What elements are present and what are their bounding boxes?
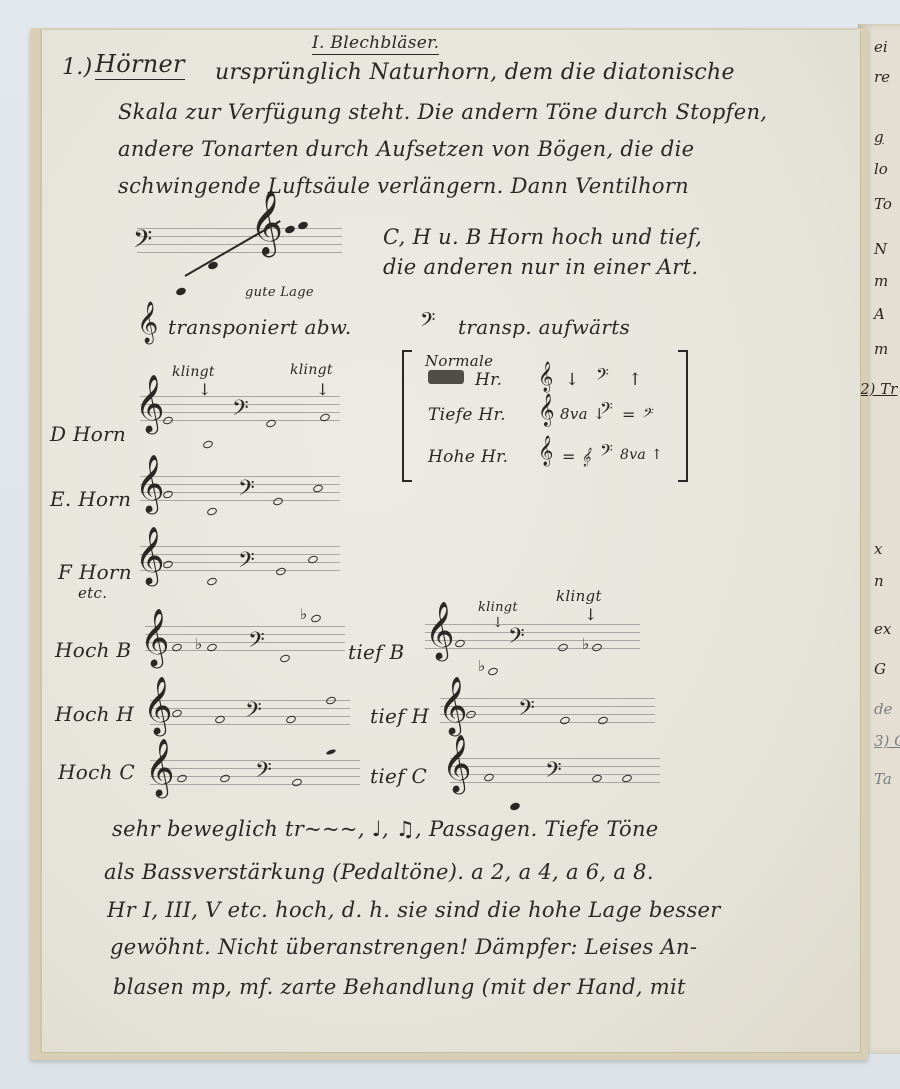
tief-c-label: tief C [370, 764, 427, 788]
treble-clef-icon: 𝄞 [442, 738, 472, 788]
klingt-label: klingt [478, 600, 518, 615]
fragment: ei [874, 38, 888, 56]
horn-label-d: D Horn [50, 422, 126, 446]
horn-label-f: F Horn [58, 560, 132, 584]
bass-clef-icon: 𝄢 [238, 478, 255, 504]
treble-transpose-text: transponiert abw. [168, 315, 352, 339]
bass-clef-icon: 𝄢 [600, 400, 613, 420]
section-number: 1.) [62, 55, 92, 80]
fragment: de [874, 700, 892, 718]
fragment: A [874, 305, 885, 323]
treble-clef-icon: 𝄞 [438, 680, 468, 730]
box-row-3-treble: = 𝄞 [562, 447, 591, 467]
fragment: g [874, 128, 884, 146]
arrow-down-icon: ↓ [584, 607, 597, 623]
box-row-1-label: Hr. [475, 370, 502, 390]
horn-label-hoch-b: Hoch B [55, 638, 131, 662]
treble-clef-icon: 𝄞 [135, 378, 165, 428]
tief-b-label: tief B [348, 640, 405, 664]
treble-clef-icon: 𝄞 [135, 458, 165, 508]
treble-clef-icon: 𝄞 [250, 195, 283, 251]
box-row-2-label: Tiefe Hr. [428, 405, 506, 425]
bass-transpose-text: transp. aufwärts [458, 315, 630, 339]
box-row-2-bass: = 𝄢 [622, 405, 652, 425]
fragment: m [874, 340, 888, 358]
bass-clef-icon: 𝄢 [518, 698, 535, 724]
tief-h-label: tief H [370, 704, 429, 728]
box-row-1-treble: ↓ [565, 370, 580, 390]
range-caption-2: die anderen nur in einer Art. [383, 255, 698, 279]
intro-line-2: Skala zur Verfügung steht. Die andern Tö… [118, 100, 767, 124]
bracket-left [402, 350, 412, 482]
treble-clef-icon: 𝄞 [538, 438, 553, 464]
treble-clef-icon: 𝄞 [135, 530, 165, 580]
treble-clef-icon: 𝄞 [140, 612, 170, 662]
technique-line-2: als Bassverstärkung (Pedaltöne). a 2, a … [104, 860, 654, 884]
horn-label-e: E. Horn [50, 487, 131, 511]
horn-label-etc: etc. [78, 584, 107, 602]
technique-line-5: blasen mp, mf. zarte Behandlung (mit der… [113, 975, 686, 999]
fragment: lo [874, 160, 888, 178]
klingt-label: klingt [556, 587, 602, 605]
bass-clef-icon: 𝄢 [232, 398, 249, 424]
bracket-right [678, 350, 688, 482]
treble-clef-icon: 𝄞 [137, 305, 158, 341]
fragment: G [874, 660, 886, 678]
box-row-3-label: Hohe Hr. [428, 447, 508, 467]
technique-line-4: gewöhnt. Nicht überanstrengen! Dämpfer: … [110, 935, 697, 959]
treble-clef-icon: 𝄞 [538, 396, 555, 424]
flat-icon: ♭ [478, 657, 485, 675]
fragment: To [874, 195, 892, 213]
klingt-label: klingt [290, 362, 333, 378]
section-heading: I. Blechbläser. [312, 33, 439, 55]
fragment: 2) Tr [860, 380, 897, 398]
treble-clef-icon: 𝄞 [143, 680, 173, 730]
good-range-annotation: gute Lage [245, 285, 314, 300]
treble-clef-icon: 𝄞 [145, 742, 175, 792]
bass-clef-icon: 𝄢 [238, 550, 255, 576]
box-row-1-bass: ↑ [628, 370, 643, 390]
fragment: x [874, 540, 882, 558]
flat-icon: ♭ [195, 635, 202, 653]
horn-label-hoch-h: Hoch H [55, 702, 134, 726]
flat-icon: ♭ [582, 635, 589, 653]
fragment: 3) G [874, 732, 900, 750]
bass-clef-icon: 𝄢 [600, 442, 613, 462]
bass-clef-icon: 𝄢 [420, 310, 435, 334]
bass-clef-icon: 𝄢 [255, 760, 272, 786]
bass-clef-icon: 𝄢 [508, 626, 525, 652]
fragment: n [874, 572, 884, 590]
bass-clef-icon: 𝄢 [596, 366, 609, 386]
bass-clef-icon: 𝄢 [248, 630, 265, 656]
intro-line-1: ursprünglich Naturhorn, dem die diatonis… [215, 60, 735, 85]
box-row-3-bass: 8va ↑ [620, 447, 663, 463]
technique-line-3: Hr I, III, V etc. hoch, d. h. sie sind d… [107, 898, 721, 922]
range-caption-1: C, H u. B Horn hoch und tief, [383, 225, 702, 249]
horn-label-hoch-c: Hoch C [58, 760, 135, 784]
fragment: m [874, 272, 888, 290]
treble-clef-icon: 𝄞 [425, 605, 455, 655]
fragment: re [874, 68, 890, 86]
struck-out-word [428, 370, 464, 384]
fragment: N [874, 240, 887, 258]
box-row-2-treble: 8va ↓ [560, 405, 606, 423]
technique-line-1: sehr beweglich tr~~~, ♩, ♫, Passagen. Ti… [112, 817, 659, 841]
staff-hoch-b [145, 626, 345, 658]
bass-clef-icon: 𝄢 [133, 228, 152, 258]
klingt-label: klingt [172, 364, 215, 380]
fragment: Ta [874, 770, 892, 788]
fragment: ex [874, 620, 891, 638]
flat-icon: ♭ [300, 605, 307, 623]
bass-clef-icon: 𝄢 [245, 700, 262, 726]
treble-clef-icon: 𝄞 [538, 364, 553, 390]
bass-clef-icon: 𝄢 [545, 760, 562, 786]
normale-label: Normale [425, 352, 493, 370]
section-title: Hörner [95, 50, 185, 80]
intro-line-3: andere Tonarten durch Aufsetzen von Böge… [118, 137, 694, 161]
intro-line-4: schwingende Luftsäule verlängern. Dann V… [118, 174, 689, 198]
